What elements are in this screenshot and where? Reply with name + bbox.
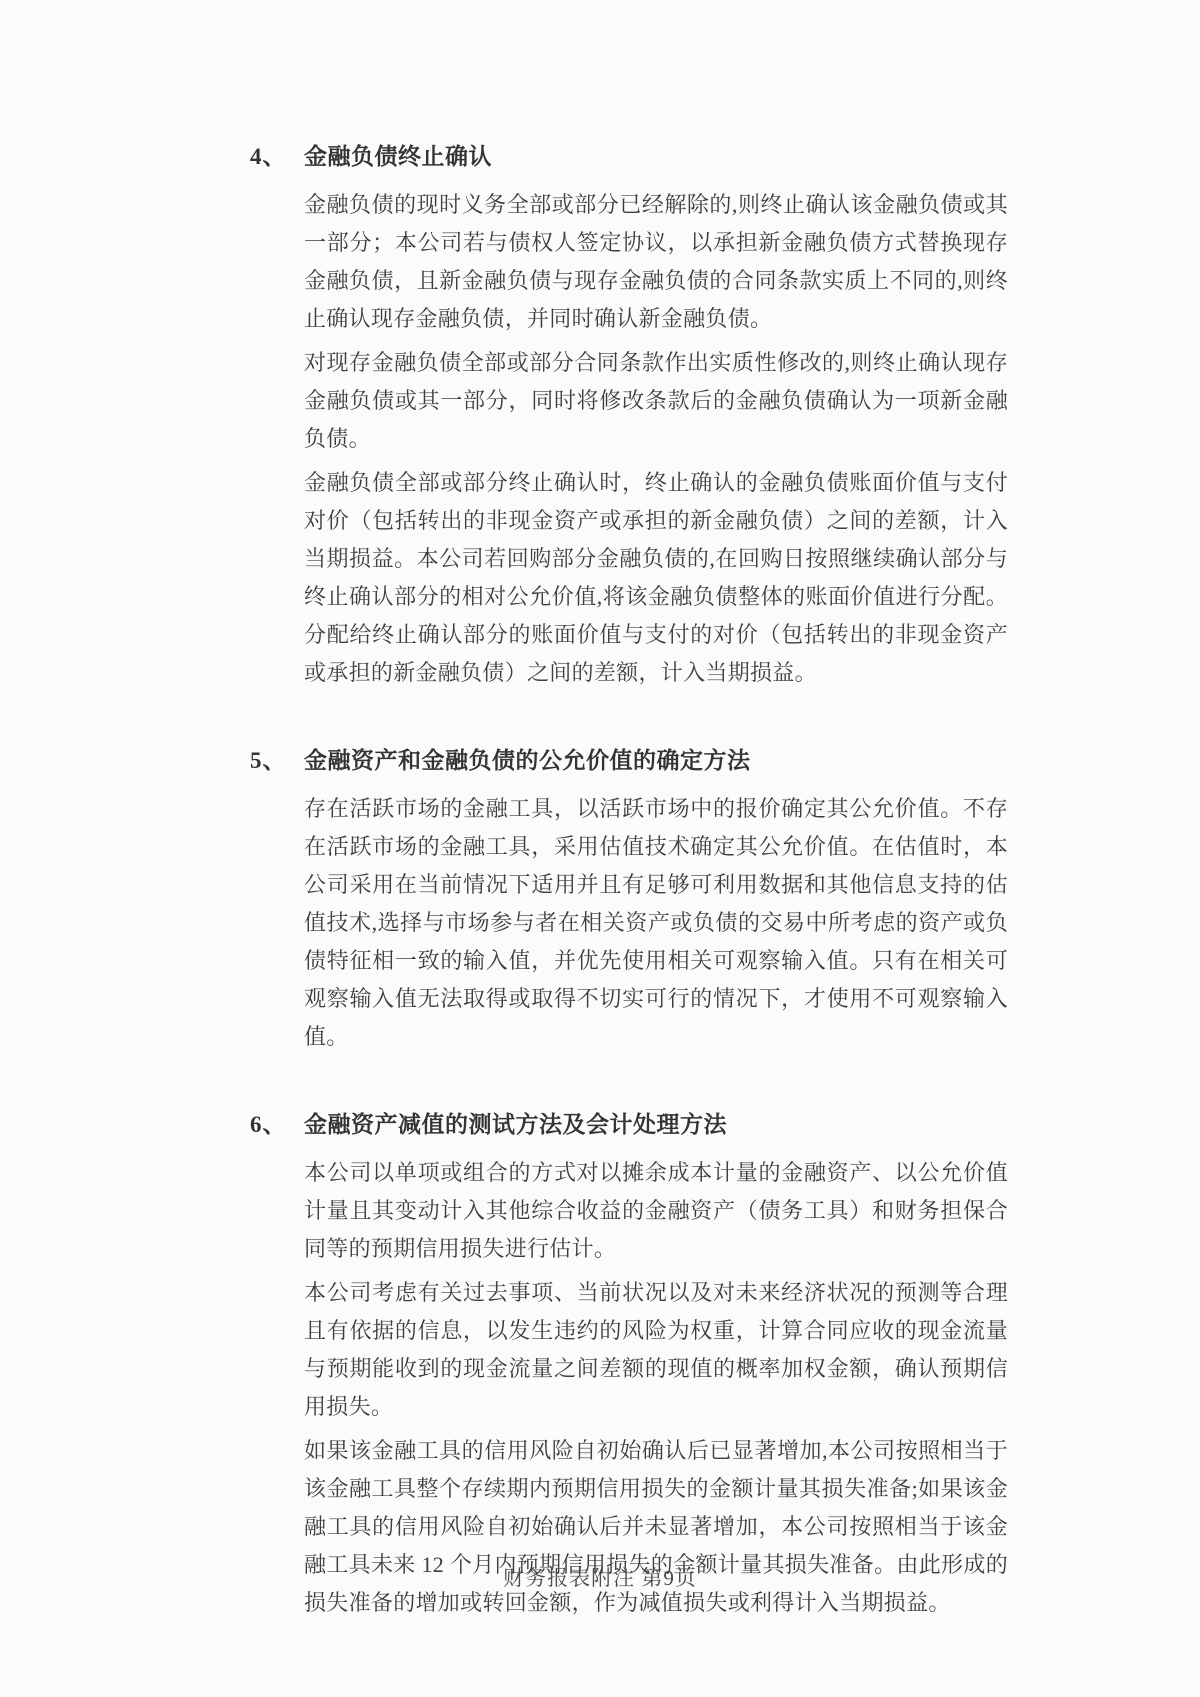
page-footer: 财务报表附注 第9页 [0, 1562, 1200, 1592]
section-heading: 4、金融负债终止确认 [0, 138, 1200, 176]
section-heading: 5、金融资产和金融负债的公允价值的确定方法 [0, 742, 1200, 780]
section-heading: 6、金融资产减值的测试方法及会计处理方法 [0, 1106, 1200, 1144]
section-title: 金融资产和金融负债的公允价值的确定方法 [304, 742, 751, 780]
paragraph: 对现存金融负债全部或部分合同条款作出实质性修改的,则终止确认现存金融负债或其一部… [304, 344, 1008, 458]
section-paragraphs: 金融负债的现时义务全部或部分已经解除的,则终止确认该金融负债或其一部分；本公司若… [0, 186, 1200, 692]
section: 5、金融资产和金融负债的公允价值的确定方法存在活跃市场的金融工具，以活跃市场中的… [0, 742, 1200, 1056]
section-title: 金融资产减值的测试方法及会计处理方法 [304, 1106, 727, 1144]
section: 6、金融资产减值的测试方法及会计处理方法本公司以单项或组合的方式对以摊余成本计量… [0, 1106, 1200, 1622]
sections-container: 4、金融负债终止确认金融负债的现时义务全部或部分已经解除的,则终止确认该金融负债… [0, 138, 1200, 1672]
section-number: 5、 [250, 742, 304, 775]
section-paragraphs: 存在活跃市场的金融工具，以活跃市场中的报价确定其公允价值。不存在活跃市场的金融工… [0, 790, 1200, 1056]
paragraph: 存在活跃市场的金融工具，以活跃市场中的报价确定其公允价值。不存在活跃市场的金融工… [304, 790, 1008, 1056]
section-number: 6、 [250, 1106, 304, 1139]
paragraph: 金融负债的现时义务全部或部分已经解除的,则终止确认该金融负债或其一部分；本公司若… [304, 186, 1008, 338]
section-paragraphs: 本公司以单项或组合的方式对以摊余成本计量的金融资产、以公允价值计量且其变动计入其… [0, 1154, 1200, 1622]
section: 4、金融负债终止确认金融负债的现时义务全部或部分已经解除的,则终止确认该金融负债… [0, 138, 1200, 692]
paragraph: 本公司以单项或组合的方式对以摊余成本计量的金融资产、以公允价值计量且其变动计入其… [304, 1154, 1008, 1268]
paragraph: 本公司考虑有关过去事项、当前状况以及对未来经济状况的预测等合理且有依据的信息，以… [304, 1274, 1008, 1426]
document-page: 4、金融负债终止确认金融负债的现时义务全部或部分已经解除的,则终止确认该金融负债… [0, 0, 1200, 1697]
paragraph: 如果该金融工具的信用风险自初始确认后已显著增加,本公司按照相当于该金融工具整个存… [304, 1432, 1008, 1622]
section-title: 金融负债终止确认 [304, 138, 492, 176]
paragraph: 金融负债全部或部分终止确认时，终止确认的金融负债账面价值与支付对价（包括转出的非… [304, 464, 1008, 692]
section-number: 4、 [250, 138, 304, 171]
